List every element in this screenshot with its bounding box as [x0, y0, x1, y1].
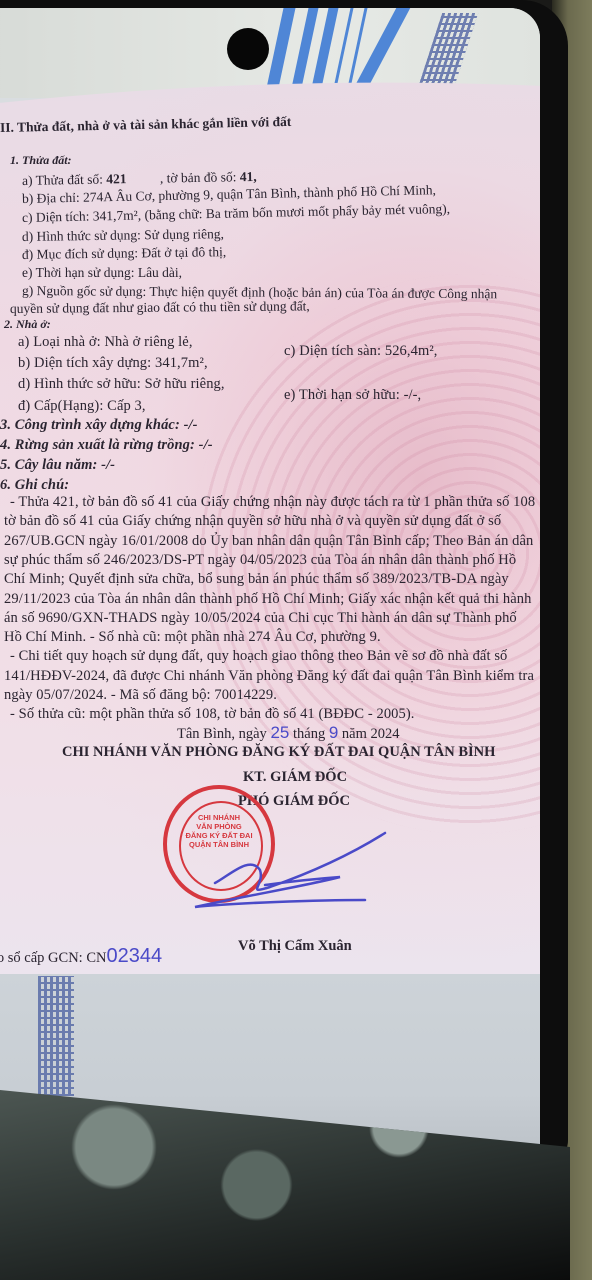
land-use-term: e) Thời hạn sử dụng: Lâu dài,: [22, 266, 182, 280]
forest: 4. Rừng sản xuất là rừng trồng: -/-: [0, 438, 213, 453]
date-day: 25: [270, 723, 289, 742]
house-grade: đ) Cấp(Hạng): Cấp 3,: [18, 399, 146, 414]
on-behalf-title: KT. GIÁM ĐỐC: [243, 770, 347, 785]
note-line: tờ bản đồ số 41 của Giấy chứng nhận quyề…: [4, 514, 501, 529]
gcn-label: Vào sổ cấp GCN: CN: [0, 950, 106, 966]
house-construction-area: b) Diện tích xây dựng: 341,7m²,: [18, 356, 208, 371]
note-line: ngày 05/07/2024. - Mã số đăng bộ: 700142…: [4, 688, 277, 703]
note-line: - Chi tiết quy hoạch sử dụng đất, quy ho…: [10, 649, 507, 664]
land-origin-line2: quyền sử dụng đất như giao đất có thu ti…: [10, 299, 310, 315]
date-year: năm 2024: [342, 726, 400, 742]
note-line: Hồ Chí Minh. - Số nhà cũ: một phần nhà 2…: [4, 630, 381, 645]
perennial-trees: 5. Cây lâu năm: -/-: [0, 458, 115, 473]
note-line: sự phúc thẩm số 246/2023/DS-PT ngày 04/0…: [4, 553, 516, 568]
date-month-label: tháng: [293, 726, 325, 742]
house-ownership-form: d) Hình thức sở hữu: Sở hữu riêng,: [18, 377, 225, 392]
land-heading: 1. Thửa đất:: [10, 154, 72, 166]
note-line: 141/HĐĐV-2024, đã được Chi nhánh Văn phò…: [4, 669, 534, 684]
front-camera-cutout: [227, 28, 269, 70]
date-prefix: Tân Bình, ngày: [177, 726, 267, 742]
note-line: án số 9690/GXN-THADS ngày 10/05/2024 của…: [4, 611, 517, 626]
gcn-row: Vào sổ cấp GCN: CN02344: [0, 946, 162, 966]
signer-name: Võ Thị Cẩm Xuân: [238, 939, 352, 954]
map-sheet-label: , tờ bản đồ số:: [130, 169, 237, 186]
land-use-form: d) Hình thức sử dụng: Sử dụng riêng,: [22, 227, 224, 243]
office-name: CHI NHÁNH VĂN PHÒNG ĐĂNG KÝ ĐẤT ĐAI QUẬN…: [62, 745, 495, 760]
house-ownership-term: e) Thời hạn sở hữu: -/-,: [284, 388, 421, 403]
plot-number-label: a) Thửa đất số:: [22, 172, 103, 188]
note-line: 267/UB.GCN ngày 16/01/2008 do Ủy ban nhâ…: [4, 534, 533, 549]
house-floor-area: c) Diện tích sàn: 526,4m²,: [284, 344, 438, 359]
map-sheet: 41,: [240, 169, 257, 184]
note-line: 29/11/2023 của Tòa án nhân dân thành phố…: [4, 592, 531, 607]
plot-number: 421: [106, 171, 127, 186]
signature: [190, 825, 390, 915]
other-works: 3. Công trình xây dựng khác: -/-: [0, 418, 198, 433]
note-line: - Số thửa cũ: một phần thửa số 108, tờ b…: [10, 707, 415, 722]
note-line: Chí Minh; Quyết định sửa chữa, bổ sung b…: [4, 572, 509, 587]
notes-heading: 6. Ghi chú:: [0, 478, 69, 493]
note-line: - Thửa 421, tờ bản đồ số 41 của Giấy chứ…: [10, 495, 535, 510]
house-heading: 2. Nhà ở:: [4, 318, 51, 330]
land-use-purpose: đ) Mục đích sử dụng: Đất ở tại đô thị,: [22, 245, 226, 261]
house-type: a) Loại nhà ở: Nhà ở riêng lẻ,: [18, 335, 193, 350]
signing-date: Tân Bình, ngày 25 tháng 9 năm 2024: [177, 724, 400, 742]
date-month: 9: [329, 723, 338, 742]
gcn-number: 02344: [106, 945, 162, 967]
